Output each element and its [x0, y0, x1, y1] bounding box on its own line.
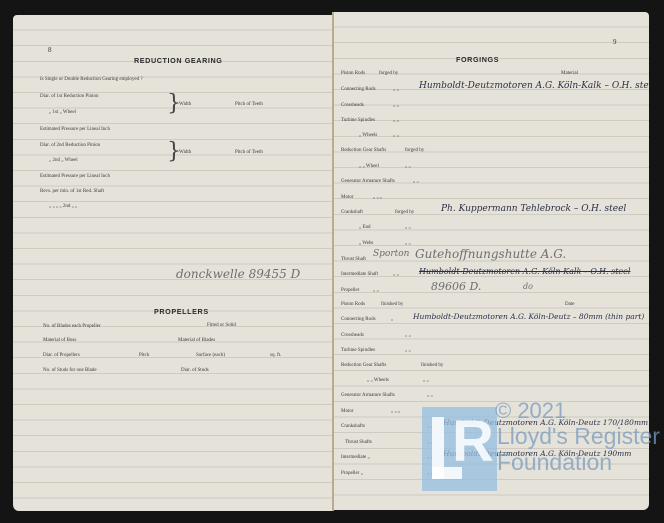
- form-label: Crossheads: [341, 333, 364, 338]
- form-label: Material of Boss: [43, 338, 76, 343]
- form-label: No. of Studs for one Blade: [43, 368, 97, 373]
- form-label: Intermediate „: [341, 455, 370, 460]
- form-label: Diar. of 1st Reduction Pinion: [40, 94, 98, 99]
- form-label: Width: [179, 150, 191, 155]
- form-label: Pitch: [139, 353, 149, 358]
- form-label: forged by: [405, 148, 424, 153]
- form-label: Motor: [341, 195, 354, 200]
- form-label: Is Single or Double Reduction Gearing em…: [40, 77, 143, 82]
- form-label: Estimated Pressure per Lineal Inch: [40, 127, 110, 132]
- ditto-mark: „ „ „: [391, 409, 400, 414]
- handwritten-prefix: Sporton: [373, 249, 409, 259]
- form-label: Crankshaft: [341, 210, 363, 215]
- form-label: Piston Rods: [341, 71, 365, 76]
- form-label: Pitch of Teeth: [235, 102, 263, 107]
- form-label: Motor: [341, 409, 354, 414]
- ditto-mark: „ „: [405, 164, 411, 169]
- section-title-propellers: PROPELLERS: [154, 307, 209, 316]
- form-label: Material: [561, 71, 578, 76]
- form-label: Propeller: [341, 288, 359, 293]
- handwritten-ditto: do: [523, 282, 533, 291]
- form-label: Pitch of Teeth: [235, 150, 263, 155]
- form-label: Turbine Spindles: [341, 348, 375, 353]
- handwritten-entry: Humboldt-Deutzmotoren A.G. Köln-Deutz – …: [413, 312, 644, 321]
- handwritten-entry: Gutehoffnungshutte A.G.: [415, 247, 566, 261]
- form-label: Thrust Shafts: [345, 440, 372, 445]
- form-label: Reduction Gear Shafts: [341, 363, 386, 368]
- form-label: Estimated Pressure per Lineal Inch: [40, 174, 110, 179]
- handwritten-entry: Humboldt-Deutzmotoren A.G. Köln-Kalk – O…: [419, 81, 649, 91]
- handwritten-note: donckwelle 89455 D: [176, 267, 300, 281]
- logo-letter: R: [452, 413, 494, 471]
- form-label: Diar. of 2nd Reduction Pinion: [40, 143, 100, 148]
- section-title-forgings: FORGINGS: [456, 55, 499, 64]
- form-label: finished by: [421, 363, 443, 368]
- form-label: Connecting Rods: [341, 317, 376, 322]
- watermark-line2: Foundation: [497, 451, 612, 474]
- ditto-mark: „ „: [393, 87, 399, 92]
- form-label: Material of Blades: [178, 338, 215, 343]
- ruled-lines: [13, 15, 333, 511]
- watermark-copyright: © 2021: [495, 400, 566, 422]
- lr-logo-watermark: R: [422, 407, 497, 491]
- form-label: Crankshafts: [341, 424, 365, 429]
- watermark-line1: Lloyd's Register: [497, 425, 660, 448]
- form-label: finished by: [381, 302, 403, 307]
- ditto-mark: „ „: [423, 378, 429, 383]
- form-label: „ End: [359, 225, 371, 230]
- form-label: Crossheads: [341, 103, 364, 108]
- form-label: Generator Armature Shafts: [341, 393, 395, 398]
- form-label: Date: [565, 302, 574, 307]
- form-label: „ Webs: [359, 241, 373, 246]
- section-title-reduction-gearing: REDUCTION GEARING: [134, 56, 222, 65]
- form-label: Fitted or Solid: [207, 323, 236, 328]
- ditto-mark: „ „: [393, 272, 399, 277]
- form-label: Reduction Gear Shafts: [341, 148, 386, 153]
- form-label: forged by: [395, 210, 414, 215]
- form-label: Revs. per min. of 1st Red. Shaft: [40, 189, 104, 194]
- form-label: „ 1st „ Wheel: [49, 110, 76, 115]
- form-label: No. of Blades each Propeller: [43, 324, 101, 329]
- form-label: Intermediate Shaft: [341, 272, 378, 277]
- form-label: Turbine Spindles: [341, 118, 375, 123]
- ditto-mark: „ „: [405, 333, 411, 338]
- form-label: Thrust Shaft: [341, 257, 366, 262]
- ditto-mark: „ „: [393, 103, 399, 108]
- form-label: sq. ft.: [270, 353, 281, 358]
- ditto-mark: „ „: [427, 393, 433, 398]
- form-label: Piston Rods: [341, 302, 365, 307]
- handwritten-entry-struck: Humboldt-Deutzmotoren A.G. Köln-Kalk – O…: [419, 267, 630, 276]
- form-label: Surface (each): [196, 353, 225, 358]
- handwritten-entry: Ph. Kuppermann Tehlebrock – O.H. steel: [441, 204, 626, 214]
- page-number: 8: [48, 46, 52, 54]
- form-label: „ Wheels: [359, 133, 377, 138]
- form-label: „ 2nd „ Wheel: [49, 158, 78, 163]
- ditto-mark: „ „: [405, 348, 411, 353]
- form-label: forged by: [379, 71, 398, 76]
- form-label: Generator Armature Shafts: [341, 179, 395, 184]
- form-label: Diar. of Propellers: [43, 353, 80, 358]
- form-label: „ „ „ „ 2nd „ „: [49, 204, 77, 209]
- ditto-mark: „ „: [405, 241, 411, 246]
- form-label: Width: [179, 102, 191, 107]
- ditto-mark: „ „: [393, 133, 399, 138]
- ditto-mark: „ „ „: [373, 195, 382, 200]
- form-label: Propeller „: [341, 471, 363, 476]
- left-page: 8 REDUCTION GEARING Is Single or Double …: [13, 15, 333, 511]
- form-label: Connecting Rods: [341, 87, 376, 92]
- ditto-mark: „ „: [373, 288, 379, 293]
- ditto-mark: „ „: [413, 179, 419, 184]
- ditto-mark: „ „: [405, 225, 411, 230]
- handwritten-entry: 89606 D.: [431, 280, 481, 293]
- page-number: 9: [613, 38, 617, 46]
- form-label: Diar. of Studs: [181, 368, 209, 373]
- form-label: „ „ Wheel: [359, 164, 379, 169]
- ditto-mark: „ „: [393, 118, 399, 123]
- book-spine: [332, 12, 334, 511]
- form-label: „ „ Wheels: [367, 378, 389, 383]
- ditto-mark: „: [391, 317, 393, 322]
